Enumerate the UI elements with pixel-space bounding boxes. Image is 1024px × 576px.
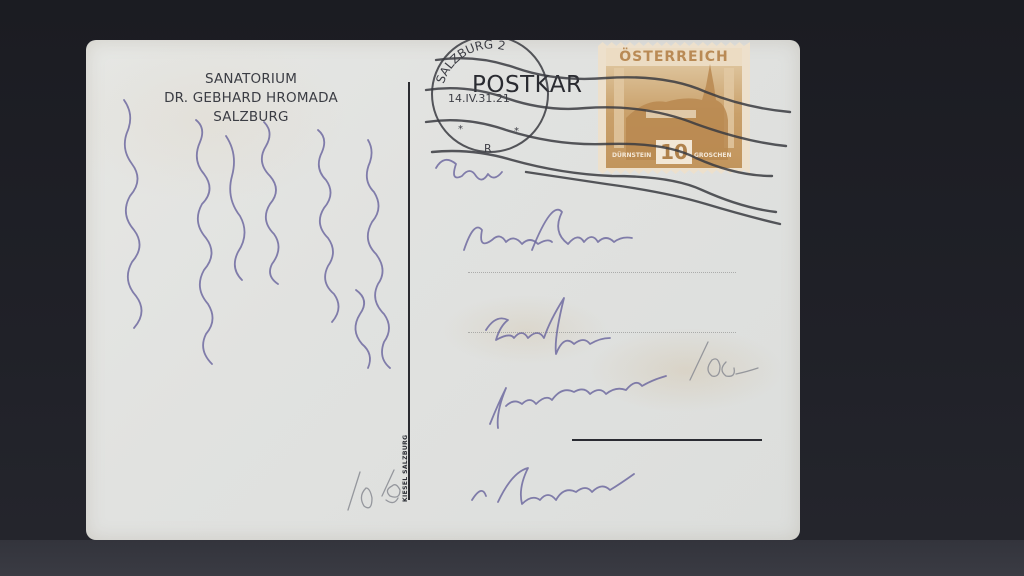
postmark-date: 14.IV.31.21	[448, 92, 510, 105]
postmark-stars: *	[458, 124, 463, 135]
background-strip	[0, 540, 1024, 576]
postmark-layer: SALZBURG 2 14.IV.31.21 * * R	[86, 40, 800, 540]
postcard: SANATORIUM DR. GEBHARD HROMADA SALZBURG …	[86, 40, 800, 540]
